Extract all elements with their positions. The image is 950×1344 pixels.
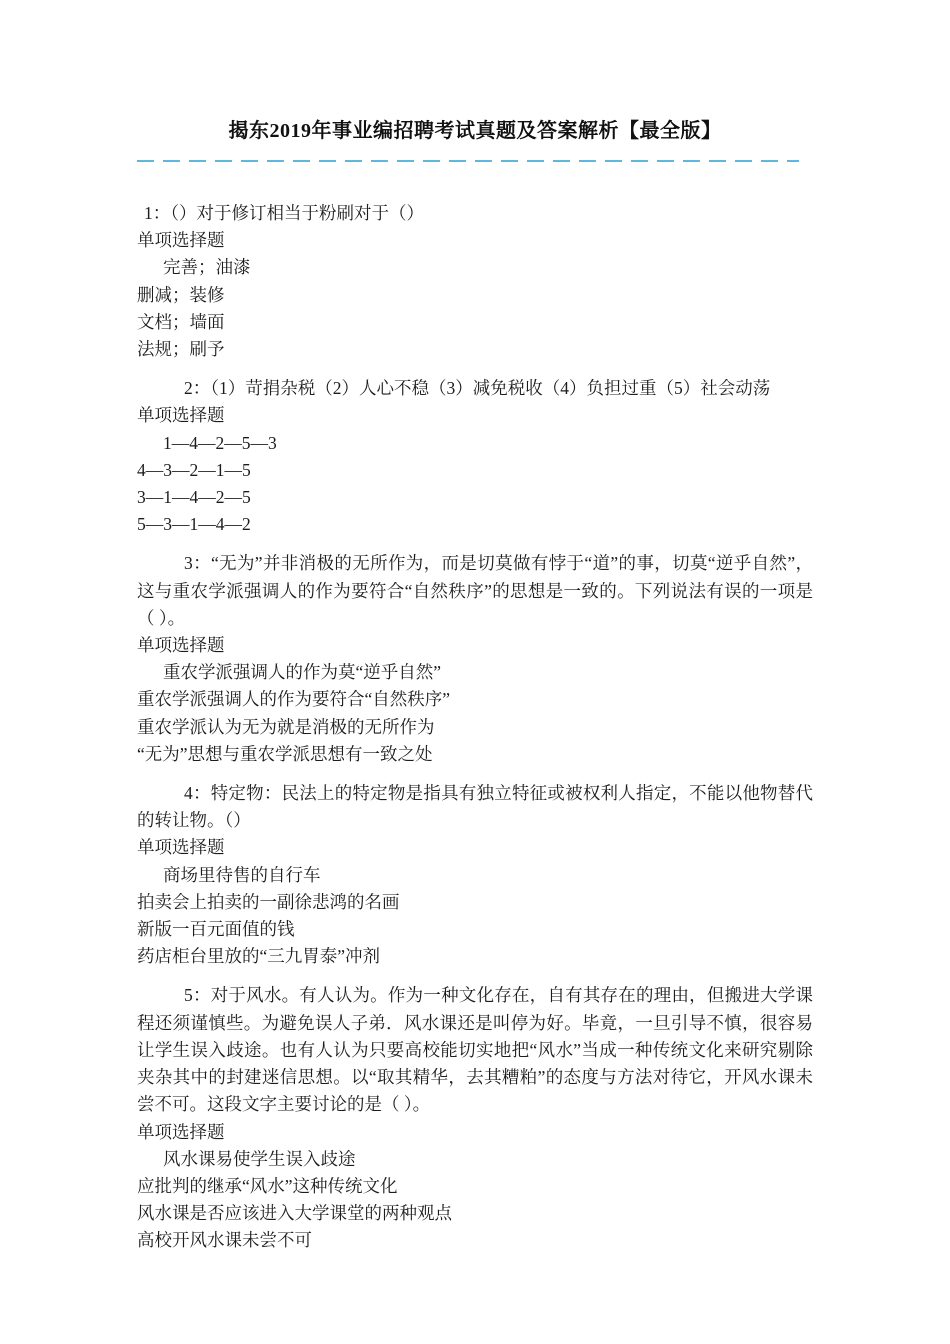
question-3-option-b: 重农学派强调人的作为要符合“自然秩序” [137, 686, 813, 713]
question-4-option-c: 新版一百元面值的钱 [137, 916, 813, 943]
question-3-type-label: 单项选择题 [137, 632, 813, 659]
question-2-option-d: 5—3—1—4—2 [137, 511, 813, 538]
questions-list: 1：（）对于修订相当于粉刷对于（） 单项选择题 完善；油漆 删减；装修 文档；墙… [137, 162, 813, 1255]
question-5-option-b: 应批判的继承“风水”这种传统文化 [137, 1173, 813, 1200]
question-1-stem: 1：（）对于修订相当于粉刷对于（） [137, 200, 813, 227]
question-4-option-a: 商场里待售的自行车 [137, 862, 813, 889]
question-block-4: 4：特定物：民法上的特定物是指具有独立特征或被权利人指定，不能以他物替代的转让物… [137, 780, 813, 970]
question-4-option-b: 拍卖会上拍卖的一副徐悲鸿的名画 [137, 889, 813, 916]
question-3-stem: 3：“无为”并非消极的无所作为，而是切莫做有悖于“道”的事，切莫“逆乎自然”，这… [137, 550, 813, 632]
question-2-type-label: 单项选择题 [137, 402, 813, 429]
question-1-option-b: 删减；装修 [137, 282, 813, 309]
question-5-type-label: 单项选择题 [137, 1119, 813, 1146]
question-block-2: 2：（1）苛捐杂税（2）人心不稳（3）减免税收（4）负担过重（5）社会动荡 单项… [137, 375, 813, 538]
question-2-stem: 2：（1）苛捐杂税（2）人心不稳（3）减免税收（4）负担过重（5）社会动荡 [137, 375, 813, 402]
question-block-5: 5：对于风水。有人认为。作为一种文化存在，自有其存在的理由，但搬进大学课程还须谨… [137, 982, 813, 1254]
question-3-option-d: “无为”思想与重农学派思想有一致之处 [137, 741, 813, 768]
question-2-option-c: 3—1—4—2—5 [137, 484, 813, 511]
question-3-option-a: 重农学派强调人的作为莫“逆乎自然” [137, 659, 813, 686]
question-1-option-d: 法规；刷予 [137, 336, 813, 363]
question-block-3: 3：“无为”并非消极的无所作为，而是切莫做有悖于“道”的事，切莫“逆乎自然”，这… [137, 550, 813, 768]
document-page: 揭东2019年事业编招聘考试真题及答案解析【最全版】 1：（）对于修订相当于粉刷… [0, 0, 950, 1344]
question-1-option-a: 完善；油漆 [137, 254, 813, 281]
question-3-option-c: 重农学派认为无为就是消极的无所作为 [137, 714, 813, 741]
question-5-option-a: 风水课易使学生误入歧途 [137, 1146, 813, 1173]
question-5-stem: 5：对于风水。有人认为。作为一种文化存在，自有其存在的理由，但搬进大学课程还须谨… [137, 982, 813, 1118]
question-block-1: 1：（）对于修订相当于粉刷对于（） 单项选择题 完善；油漆 删减；装修 文档；墙… [137, 200, 813, 363]
question-2-option-a: 1—4—2—5—3 [137, 430, 813, 457]
question-4-option-d: 药店柜台里放的“三九胃泰”冲剂 [137, 943, 813, 970]
question-5-option-d: 高校开风水课未尝不可 [137, 1227, 813, 1254]
question-2-option-b: 4—3—2—1—5 [137, 457, 813, 484]
question-4-stem: 4：特定物：民法上的特定物是指具有独立特征或被权利人指定，不能以他物替代的转让物… [137, 780, 813, 834]
question-1-type-label: 单项选择题 [137, 227, 813, 254]
question-5-option-c: 风水课是否应该进入大学课堂的两种观点 [137, 1200, 813, 1227]
document-title: 揭东2019年事业编招聘考试真题及答案解析【最全版】 [137, 0, 813, 144]
question-1-option-c: 文档；墙面 [137, 309, 813, 336]
question-4-type-label: 单项选择题 [137, 834, 813, 861]
